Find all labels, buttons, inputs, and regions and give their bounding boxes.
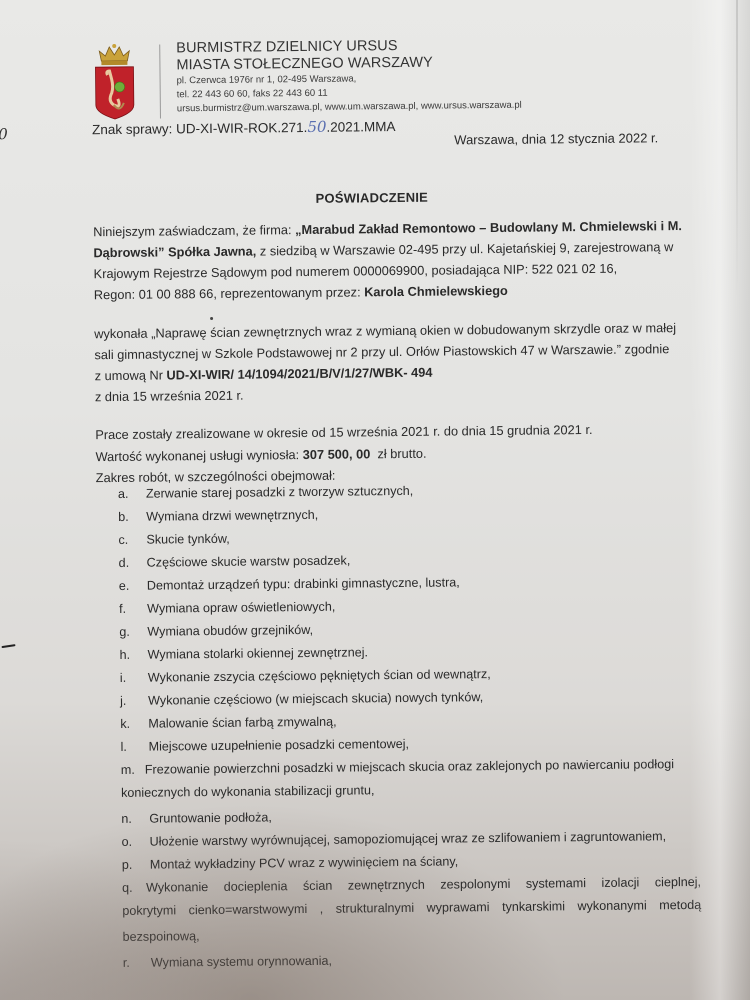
margin-pen-stroke [1, 644, 15, 648]
value-label: Wartość wykonanej usługi wyniosła: [95, 447, 302, 464]
scope-item-letter: a. [118, 487, 146, 501]
scope-item-letter: e. [119, 579, 147, 593]
issuer-title: BURMISTRZ DZIELNICY URSUS MIASTA STOŁECZ… [176, 38, 433, 75]
scope-item-text: Częściowe skucie warstw posadzek, [147, 554, 351, 570]
contract-label: z umową Nr [95, 367, 167, 383]
scope-item-letter: m. [121, 763, 145, 777]
representative-name: Karola Chmielewskiego [364, 283, 508, 300]
intro-paragraph: Niniejszym zaświadczam, że firma: „Marab… [93, 215, 654, 305]
scope-item-letter: k. [120, 717, 148, 731]
scope-item-letter: j. [120, 694, 148, 708]
scope-item-letter: d. [119, 556, 147, 570]
document-title: POŚWIADCZENIE [0, 186, 747, 209]
page-edge [736, 0, 738, 300]
company-name: „Marabud Zakład Remontowo – Budowlany M.… [295, 218, 682, 237]
scope-item-text: Demontaż urządzeń typu: drabinki gimnast… [147, 575, 460, 592]
work-paragraph: wykonała „Naprawę ścian zewnętrznych wra… [94, 317, 655, 407]
margin-handwritten-mark: 0 [0, 125, 8, 143]
scope-item-text: Miejscowe uzupełnienie posadzki cementow… [148, 737, 409, 754]
scope-item-continuation-text: koniecznych do wykonania stabilizacji gr… [121, 783, 375, 800]
intro-text: z siedzibą w Warszawie 02-495 przy ul. K… [256, 239, 673, 258]
intro-text: Niniejszym zaświadczam, że firma: [93, 222, 295, 239]
scope-item: r.Wymiana systemu orynnowania, [123, 950, 703, 979]
scope-item-text: Gruntowanie podłoża, [149, 810, 272, 825]
case-reference-suffix: .2021.MMA [326, 119, 395, 135]
work-line-4: z dnia 15 września 2021 r. [95, 380, 655, 407]
scope-item-text: Wymiana systemu orynnowania, [151, 954, 332, 970]
case-reference-prefix: Znak sprawy: UD-XI-WIR-ROK.271. [92, 120, 307, 137]
warsaw-crest-icon [93, 43, 136, 121]
case-reference-handwritten: 50 [307, 118, 326, 136]
stray-mark [210, 317, 213, 320]
scope-item-letter: c. [118, 533, 146, 547]
scope-item-text: Wymiana stolarki okiennej zewnętrznej. [148, 645, 369, 661]
scope-item-letter: l. [120, 740, 148, 754]
header-divider [159, 44, 161, 118]
scope-item-text: Montaż wykładziny PCV wraz z wywinięciem… [150, 854, 459, 871]
scope-item-continuation-text: bezspoinową, [122, 929, 199, 944]
intro-text: Regon: 01 00 888 66, reprezentowanym prz… [94, 284, 364, 302]
scope-list: a.Zerwanie starej posadzki z tworzyw szt… [118, 481, 703, 979]
scope-item-letter: q. [122, 881, 146, 895]
scope-item-text: Zerwanie starej posadzki z tworzyw sztuc… [146, 484, 413, 501]
document-page: BURMISTRZ DZIELNICY URSUS MIASTA STOŁECZ… [0, 0, 750, 1000]
scope-item-text: Wymiana opraw oświetleniowych, [147, 600, 335, 616]
scope-item-letter: o. [121, 835, 149, 849]
scope-item-letter: i. [120, 671, 148, 685]
scope-item-letter: n. [121, 812, 149, 826]
issuer-phone: tel. 22 443 60 60, faks 22 443 60 11 [177, 88, 328, 101]
issuer-title-line2: MIASTA STOŁECZNEGO WARSZAWY [176, 55, 433, 75]
document-date: Warszawa, dnia 12 stycznia 2022 r. [454, 130, 658, 147]
case-reference: Znak sprawy: UD-XI-WIR-ROK.271.50.2021.M… [92, 117, 396, 138]
scope-item-letter: b. [118, 510, 146, 524]
issuer-address: pl. Czerwca 1976r nr 1, 02-495 Warszawa, [177, 73, 357, 86]
scope-item-text: Wykonanie zszycia częściowo pękniętych ś… [148, 667, 491, 685]
value-amount: 307 500, 00 [303, 446, 371, 462]
scope-item-text: Wymiana drzwi wewnętrznych, [146, 508, 318, 524]
issuer-contacts: ursus.burmistrz@um.warszawa.pl, www.um.w… [177, 100, 522, 115]
value-suffix: zł brutto. [370, 445, 426, 461]
summary-block: Prace zostały zrealizowane w okresie od … [95, 419, 593, 489]
scope-item-letter: g. [119, 625, 147, 639]
company-name-cont: Dąbrowski” Spółka Jawna, [93, 243, 256, 260]
scope-item-text: Skucie tynków, [146, 532, 229, 547]
scope-item-text: Malowanie ścian farbą zmywalną, [148, 715, 336, 731]
scope-item-letter: p. [122, 858, 150, 872]
intro-line-4: Regon: 01 00 888 66, reprezentowanym prz… [94, 278, 654, 305]
scope-item-letter: f. [119, 602, 147, 616]
scope-item-letter: r. [123, 956, 151, 970]
scope-item-text: Wykonanie częściowo (w miejscach skucia)… [148, 690, 483, 708]
scope-item-letter: h. [120, 648, 148, 662]
contract-number: UD-XI-WIR/ 14/1094/2021/B/V/1/27/WBK- 49… [166, 365, 432, 383]
scope-item-text: Wymiana obudów grzejników, [147, 623, 313, 639]
